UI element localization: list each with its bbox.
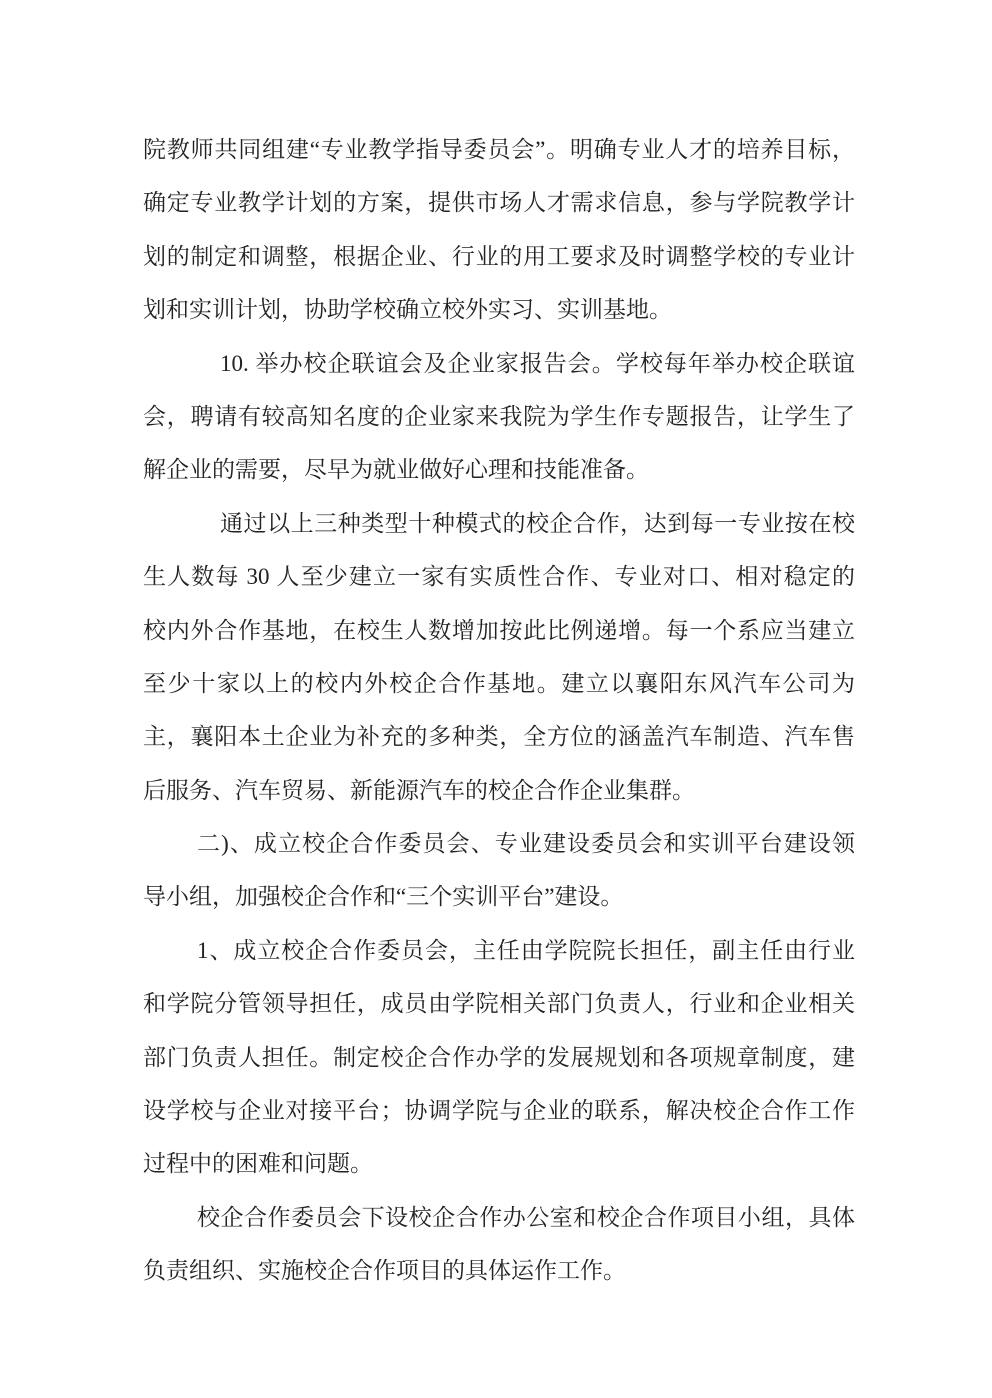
document-page: 院教师共同组建“专业教学指导委员会”。明确专业人才的培养目标，确定专业教学计划的… (0, 0, 992, 1398)
text-line: 解企业的需要，尽早为就业做好心理和技能准备。 (143, 443, 855, 496)
paragraph: 10. 举办校企联谊会及企业家报告会。学校每年举办校企联谊会，聘请有较高知名度的… (143, 337, 855, 497)
text-line: 划的制定和调整，根据企业、行业的用工要求及时调整学校的专业计 (143, 230, 855, 283)
text-line: 院教师共同组建“专业教学指导委员会”。明确专业人才的培养目标， (143, 123, 855, 176)
text-line: 1、成立校企合作委员会，主任由学院院长担任，副主任由行业 (143, 924, 855, 977)
text-line: 校内外合作基地，在校生人数增加按此比例递增。每一个系应当建立 (143, 604, 855, 657)
text-line: 导小组，加强校企合作和“三个实训平台”建设。 (143, 870, 855, 923)
text-line: 后服务、汽车贸易、新能源汽车的校企合作企业集群。 (143, 764, 855, 817)
text-line: 和学院分管领导担任，成员由学院相关部门负责人，行业和企业相关 (143, 977, 855, 1030)
text-line: 划和实训计划，协助学校确立校外实习、实训基地。 (143, 283, 855, 336)
paragraph: 1、成立校企合作委员会，主任由学院院长担任，副主任由行业和学院分管领导担任，成员… (143, 924, 855, 1191)
paragraph: 院教师共同组建“专业教学指导委员会”。明确专业人才的培养目标，确定专业教学计划的… (143, 123, 855, 337)
text-line: 确定专业教学计划的方案，提供市场人才需求信息，参与学院教学计 (143, 176, 855, 229)
paragraph: 二)、成立校企合作委员会、专业建设委员会和实训平台建设领导小组，加强校企合作和“… (143, 817, 855, 924)
text-line: 通过以上三种类型十种模式的校企合作，达到每一专业按在校 (143, 497, 855, 550)
document-body: 院教师共同组建“专业教学指导委员会”。明确专业人才的培养目标，确定专业教学计划的… (143, 123, 855, 1298)
text-line: 过程中的困难和问题。 (143, 1137, 855, 1190)
text-line: 至少十家以上的校内外校企合作基地。建立以襄阳东风汽车公司为 (143, 657, 855, 710)
text-line: 10. 举办校企联谊会及企业家报告会。学校每年举办校企联谊 (143, 337, 855, 390)
text-line: 校企合作委员会下设校企合作办公室和校企合作项目小组，具体 (143, 1191, 855, 1244)
paragraph: 通过以上三种类型十种模式的校企合作，达到每一专业按在校生人数每 30 人至少建立… (143, 497, 855, 817)
text-line: 生人数每 30 人至少建立一家有实质性合作、专业对口、相对稳定的 (143, 550, 855, 603)
paragraph: 校企合作委员会下设校企合作办公室和校企合作项目小组，具体负责组织、实施校企合作项… (143, 1191, 855, 1298)
text-line: 二)、成立校企合作委员会、专业建设委员会和实训平台建设领 (143, 817, 855, 870)
text-line: 主，襄阳本土企业为补充的多种类，全方位的涵盖汽车制造、汽车售 (143, 710, 855, 763)
text-line: 会，聘请有较高知名度的企业家来我院为学生作专题报告，让学生了 (143, 390, 855, 443)
text-line: 负责组织、实施校企合作项目的具体运作工作。 (143, 1244, 855, 1297)
text-line: 设学校与企业对接平台；协调学院与企业的联系，解决校企合作工作 (143, 1084, 855, 1137)
text-line: 部门负责人担任。制定校企合作办学的发展规划和各项规章制度，建 (143, 1031, 855, 1084)
